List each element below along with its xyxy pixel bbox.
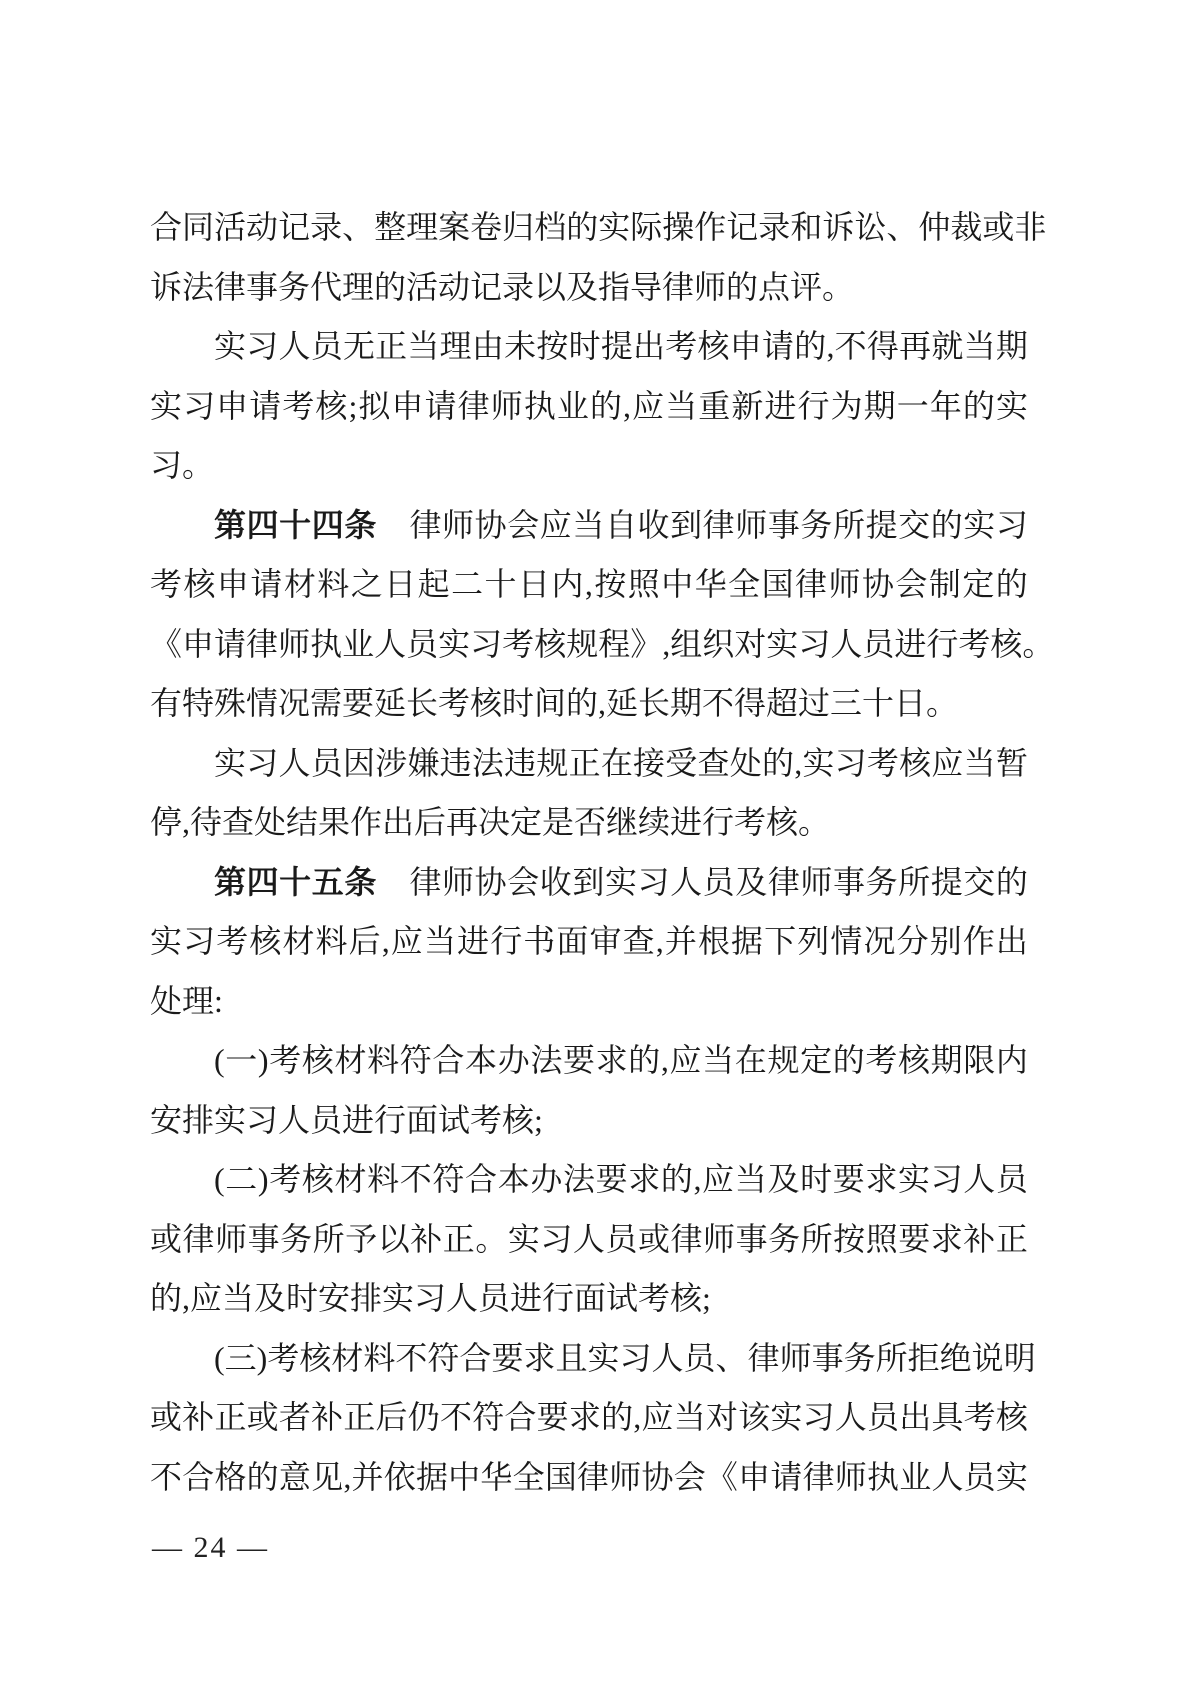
page-footer: — 24 —: [152, 1528, 269, 1568]
text-line: 第四十四条 律师协会应当自收到律师事务所提交的实习: [150, 496, 1028, 556]
document-body: 合同活动记录、整理案卷归档的实际操作记录和诉讼、仲裁或非诉法律事务代理的活动记录…: [150, 198, 1028, 1507]
text-line: 《申请律师执业人员实习考核规程》,组织对实习人员进行考核。: [150, 615, 1028, 675]
text-line: 安排实习人员进行面试考核;: [150, 1091, 1028, 1151]
text-line: 停,待查处结果作出后再决定是否继续进行考核。: [150, 793, 1028, 853]
text-line: 实习申请考核;拟申请律师执业的,应当重新进行为期一年的实: [150, 377, 1028, 437]
text-line: 第四十五条 律师协会收到实习人员及律师事务所提交的: [150, 853, 1028, 913]
text-line: 实习考核材料后,应当进行书面审查,并根据下列情况分别作出: [150, 912, 1028, 972]
text-line: 考核申请材料之日起二十日内,按照中华全国律师协会制定的: [150, 555, 1028, 615]
text-line: (二)考核材料不符合本办法要求的,应当及时要求实习人员: [150, 1150, 1028, 1210]
text-line: 习。: [150, 436, 1028, 496]
text-line: 或补正或者补正后仍不符合要求的,应当对该实习人员出具考核: [150, 1388, 1028, 1448]
text-line: 处理:: [150, 972, 1028, 1032]
page-number: — 24 —: [152, 1531, 269, 1564]
text-line: 实习人员无正当理由未按时提出考核申请的,不得再就当期: [150, 317, 1028, 377]
text-line: (三)考核材料不符合要求且实习人员、律师事务所拒绝说明: [150, 1329, 1028, 1389]
text-line: (一)考核材料符合本办法要求的,应当在规定的考核期限内: [150, 1031, 1028, 1091]
text-line: 不合格的意见,并依据中华全国律师协会《申请律师执业人员实: [150, 1448, 1028, 1508]
text-line: 有特殊情况需要延长考核时间的,延长期不得超过三十日。: [150, 674, 1028, 734]
text-line: 的,应当及时安排实习人员进行面试考核;: [150, 1269, 1028, 1329]
text-line: 诉法律事务代理的活动记录以及指导律师的点评。: [150, 258, 1028, 318]
text-line: 实习人员因涉嫌违法违规正在接受查处的,实习考核应当暂: [150, 734, 1028, 794]
text-line: 合同活动记录、整理案卷归档的实际操作记录和诉讼、仲裁或非: [150, 198, 1028, 258]
document-page: 合同活动记录、整理案卷归档的实际操作记录和诉讼、仲裁或非诉法律事务代理的活动记录…: [0, 0, 1199, 1696]
text-line: 或律师事务所予以补正。实习人员或律师事务所按照要求补正: [150, 1210, 1028, 1270]
